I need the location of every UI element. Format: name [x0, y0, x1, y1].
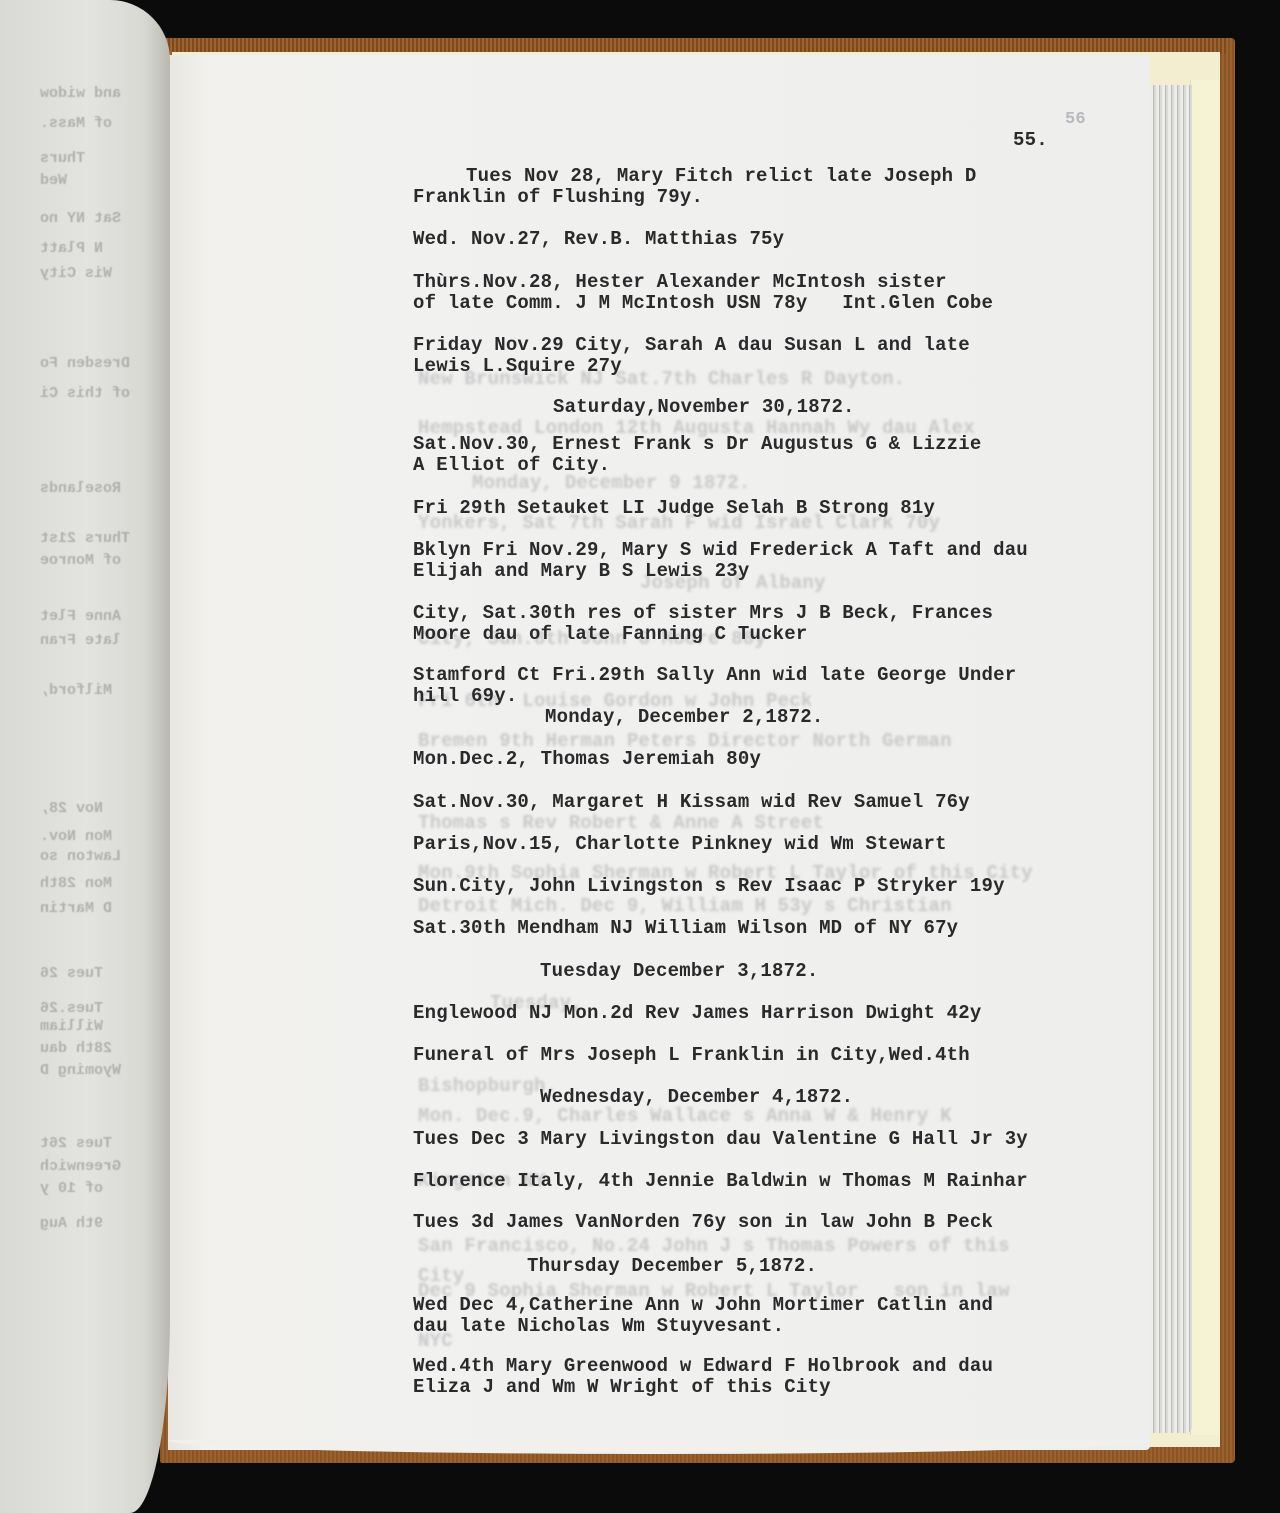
showthrough-line: Bishopburgh.: [418, 1075, 557, 1097]
entry-line: Lewis L.Squire 27y: [413, 355, 622, 377]
page-text: 56 New Brunswick NJ Sat.7th Charles R Da…: [0, 0, 1280, 1513]
entry-line: dau late Nicholas Wm Stuyvesant.: [413, 1315, 784, 1337]
showthrough-line: Mon. Dec.9, Charles Wallace s Anna W & H…: [418, 1105, 952, 1127]
entry-line: Tues 3d James VanNorden 76y son in law J…: [413, 1211, 993, 1233]
entry-line: Eliza J and Wm W Wright of this City: [413, 1376, 831, 1398]
entry-line: Wed.4th Mary Greenwood w Edward F Holbro…: [413, 1355, 993, 1377]
entry-line: Moore dau of late Fanning C Tucker: [413, 623, 807, 645]
entry-line: Paris,Nov.15, Charlotte Pinkney wid Wm S…: [413, 833, 947, 855]
date-heading: Wednesday, December 4,1872.: [540, 1086, 853, 1108]
entry-line: Florence Italy, 4th Jennie Baldwin w Tho…: [413, 1170, 1028, 1192]
entry-line: Sat.Nov.30, Ernest Frank s Dr Augustus G…: [413, 433, 982, 455]
entry-line: Franklin of Flushing 79y.: [413, 186, 703, 208]
entry-line: Elijah and Mary B S Lewis 23y: [413, 560, 749, 582]
date-heading: Tuesday December 3,1872.: [540, 960, 818, 982]
entry-line: Tues Nov 28, Mary Fitch relict late Jose…: [466, 165, 976, 187]
showthrough-page-number: 56: [1065, 110, 1086, 129]
entry-line: of late Comm. J M McIntosh USN 78y Int.G…: [413, 292, 993, 314]
entry-line: Sun.City, John Livingston s Rev Isaac P …: [413, 875, 1005, 897]
date-heading: Monday, December 2,1872.: [545, 706, 823, 728]
entry-line: Stamford Ct Fri.29th Sally Ann wid late …: [413, 664, 1016, 686]
showthrough-line: Detroit Mich. Dec 9, William H 53y s Chr…: [418, 895, 952, 917]
entry-line: Fri 29th Setauket LI Judge Selah B Stron…: [413, 497, 935, 519]
entry-line: Mon.Dec.2, Thomas Jeremiah 80y: [413, 748, 761, 770]
entry-line: Englewood NJ Mon.2d Rev James Harrison D…: [413, 1002, 982, 1024]
showthrough-line: Thomas s Rev Robert & Anne A Street: [418, 812, 824, 834]
showthrough-line: San Francisco, No.24 John J s Thomas Pow…: [418, 1235, 1010, 1257]
entry-line: A Elliot of City.: [413, 454, 610, 476]
entry-line: Wed Dec 4,Catherine Ann w John Mortimer …: [413, 1294, 993, 1316]
entry-line: Wed. Nov.27, Rev.B. Matthias 75y: [413, 228, 784, 250]
entry-line: City, Sat.30th res of sister Mrs J B Bec…: [413, 602, 993, 624]
entry-line: Thùrs.Nov.28, Hester Alexander McIntosh …: [413, 271, 947, 293]
entry-line: Sat.30th Mendham NJ William Wilson MD of…: [413, 917, 958, 939]
entry-line: Sat.Nov.30, Margaret H Kissam wid Rev Sa…: [413, 791, 970, 813]
entry-line: hill 69y.: [413, 685, 517, 707]
entry-line: Tues Dec 3 Mary Livingston dau Valentine…: [413, 1128, 1028, 1150]
date-heading: Thursday December 5,1872.: [527, 1255, 817, 1277]
entry-line: Bklyn Fri Nov.29, Mary S wid Frederick A…: [413, 539, 1028, 561]
page-number: 55.: [1013, 129, 1048, 151]
entry-line: Funeral of Mrs Joseph L Franklin in City…: [413, 1044, 970, 1066]
entry-line: Friday Nov.29 City, Sarah A dau Susan L …: [413, 334, 970, 356]
date-heading: Saturday,November 30,1872.: [553, 396, 855, 418]
